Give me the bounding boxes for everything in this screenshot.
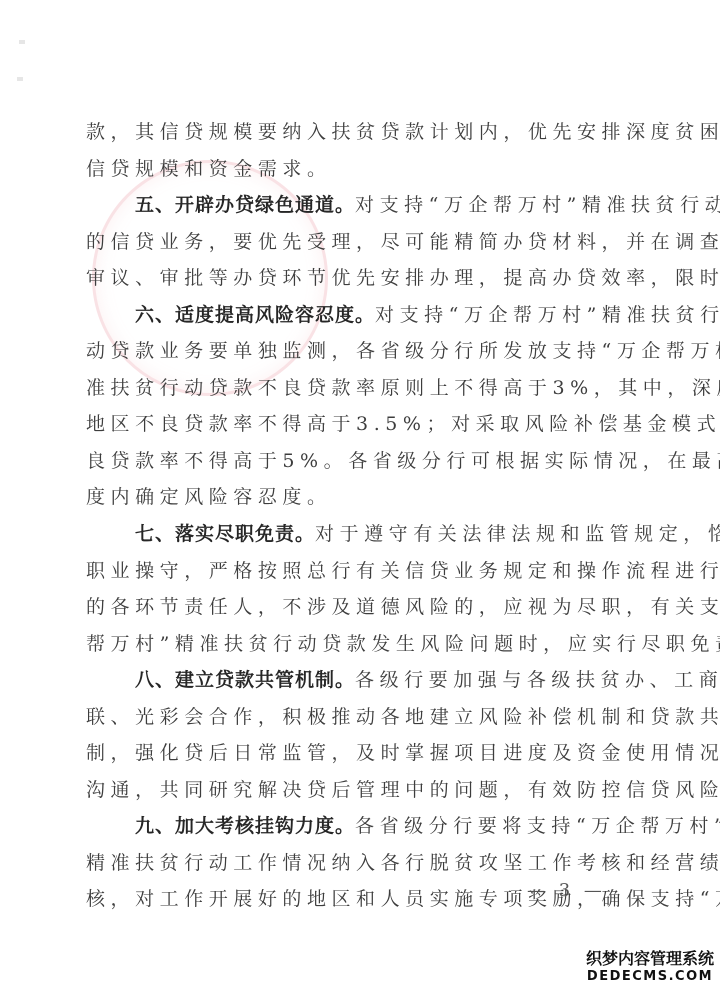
text-line: 地区不良贷款率不得高于3.5%；对采取风险补偿基金模式的，不 <box>86 406 626 443</box>
watermark-en: DEDECMS.COM <box>586 969 714 984</box>
section-heading: 六、适度提高风险容忍度。 <box>135 304 375 326</box>
section-heading: 五、开辟办贷绿色通道。 <box>135 194 355 216</box>
text-line: 沟通，共同研究解决贷后管理中的问题，有效防控信贷风险。 <box>86 772 626 809</box>
site-watermark: 织梦内容管理系统 DEDECMS.COM <box>586 946 714 984</box>
watermark-cn: 织梦内容管理系统 <box>586 946 714 969</box>
text-line: 良贷款率不得高于5%。各省级分行可根据实际情况，在最高幅 <box>86 443 626 480</box>
section-heading: 七、落实尽职免责。 <box>135 523 315 545</box>
text-line: 度内确定风险容忍度。 <box>86 479 626 516</box>
section-six-line: 六、适度提高风险容忍度。对支持“万企帮万村”精准扶贫行 <box>86 297 626 334</box>
text-line: 的信贷业务，要优先受理，尽可能精简办贷材料，并在调查、审查、 <box>86 224 626 261</box>
text-line: 帮万村”精准扶贫行动贷款发生风险问题时，应实行尽职免责。 <box>86 626 626 663</box>
text-line: 信贷规模和资金需求。 <box>86 151 626 188</box>
text-line: 精准扶贫行动工作情况纳入各行脱贫攻坚工作考核和经营绩效考 <box>86 845 626 882</box>
text-line: 制，强化贷后日常监管，及时掌握项目进度及资金使用情况，定期 <box>86 735 626 772</box>
text-line: 联、光彩会合作，积极推动各地建立风险补偿机制和贷款共管机 <box>86 699 626 736</box>
scan-mark <box>17 77 23 81</box>
text-line: 审议、审批等办贷环节优先安排办理，提高办贷效率，限时办结。 <box>86 260 626 297</box>
section-seven-line: 七、落实尽职免责。对于遵守有关法律法规和监管规定，恪尽 <box>86 516 626 553</box>
text-line: 职业操守，严格按照总行有关信贷业务规定和操作流程进行操作 <box>86 553 626 590</box>
text-line: 的各环节责任人，不涉及道德风险的，应视为尽职，有关支持“万企 <box>86 589 626 626</box>
document-body: 款，其信贷规模要纳入扶贫贷款计划内，优先安排深度贫困区域的 信贷规模和资金需求。… <box>86 114 626 918</box>
scan-mark <box>19 40 25 44</box>
section-heading: 八、建立贷款共管机制。 <box>135 669 355 691</box>
section-eight-line: 八、建立贷款共管机制。各级行要加强与各级扶贫办、工商 <box>86 662 626 699</box>
section-five-line: 五、开辟办贷绿色通道。对支持“万企帮万村”精准扶贫行动 <box>86 187 626 224</box>
text-line: 款，其信贷规模要纳入扶贫贷款计划内，优先安排深度贫困区域的 <box>86 114 626 151</box>
page-number: — 3 — <box>527 880 606 901</box>
section-heading: 九、加大考核挂钩力度。 <box>135 815 355 837</box>
text-line: 准扶贫行动贷款不良贷款率原则上不得高于3%，其中，深度贫困 <box>86 370 626 407</box>
section-nine-line: 九、加大考核挂钩力度。各省级分行要将支持“万企帮万村” <box>86 808 626 845</box>
text-line: 动贷款业务要单独监测，各省级分行所发放支持“万企帮万村”精 <box>86 333 626 370</box>
